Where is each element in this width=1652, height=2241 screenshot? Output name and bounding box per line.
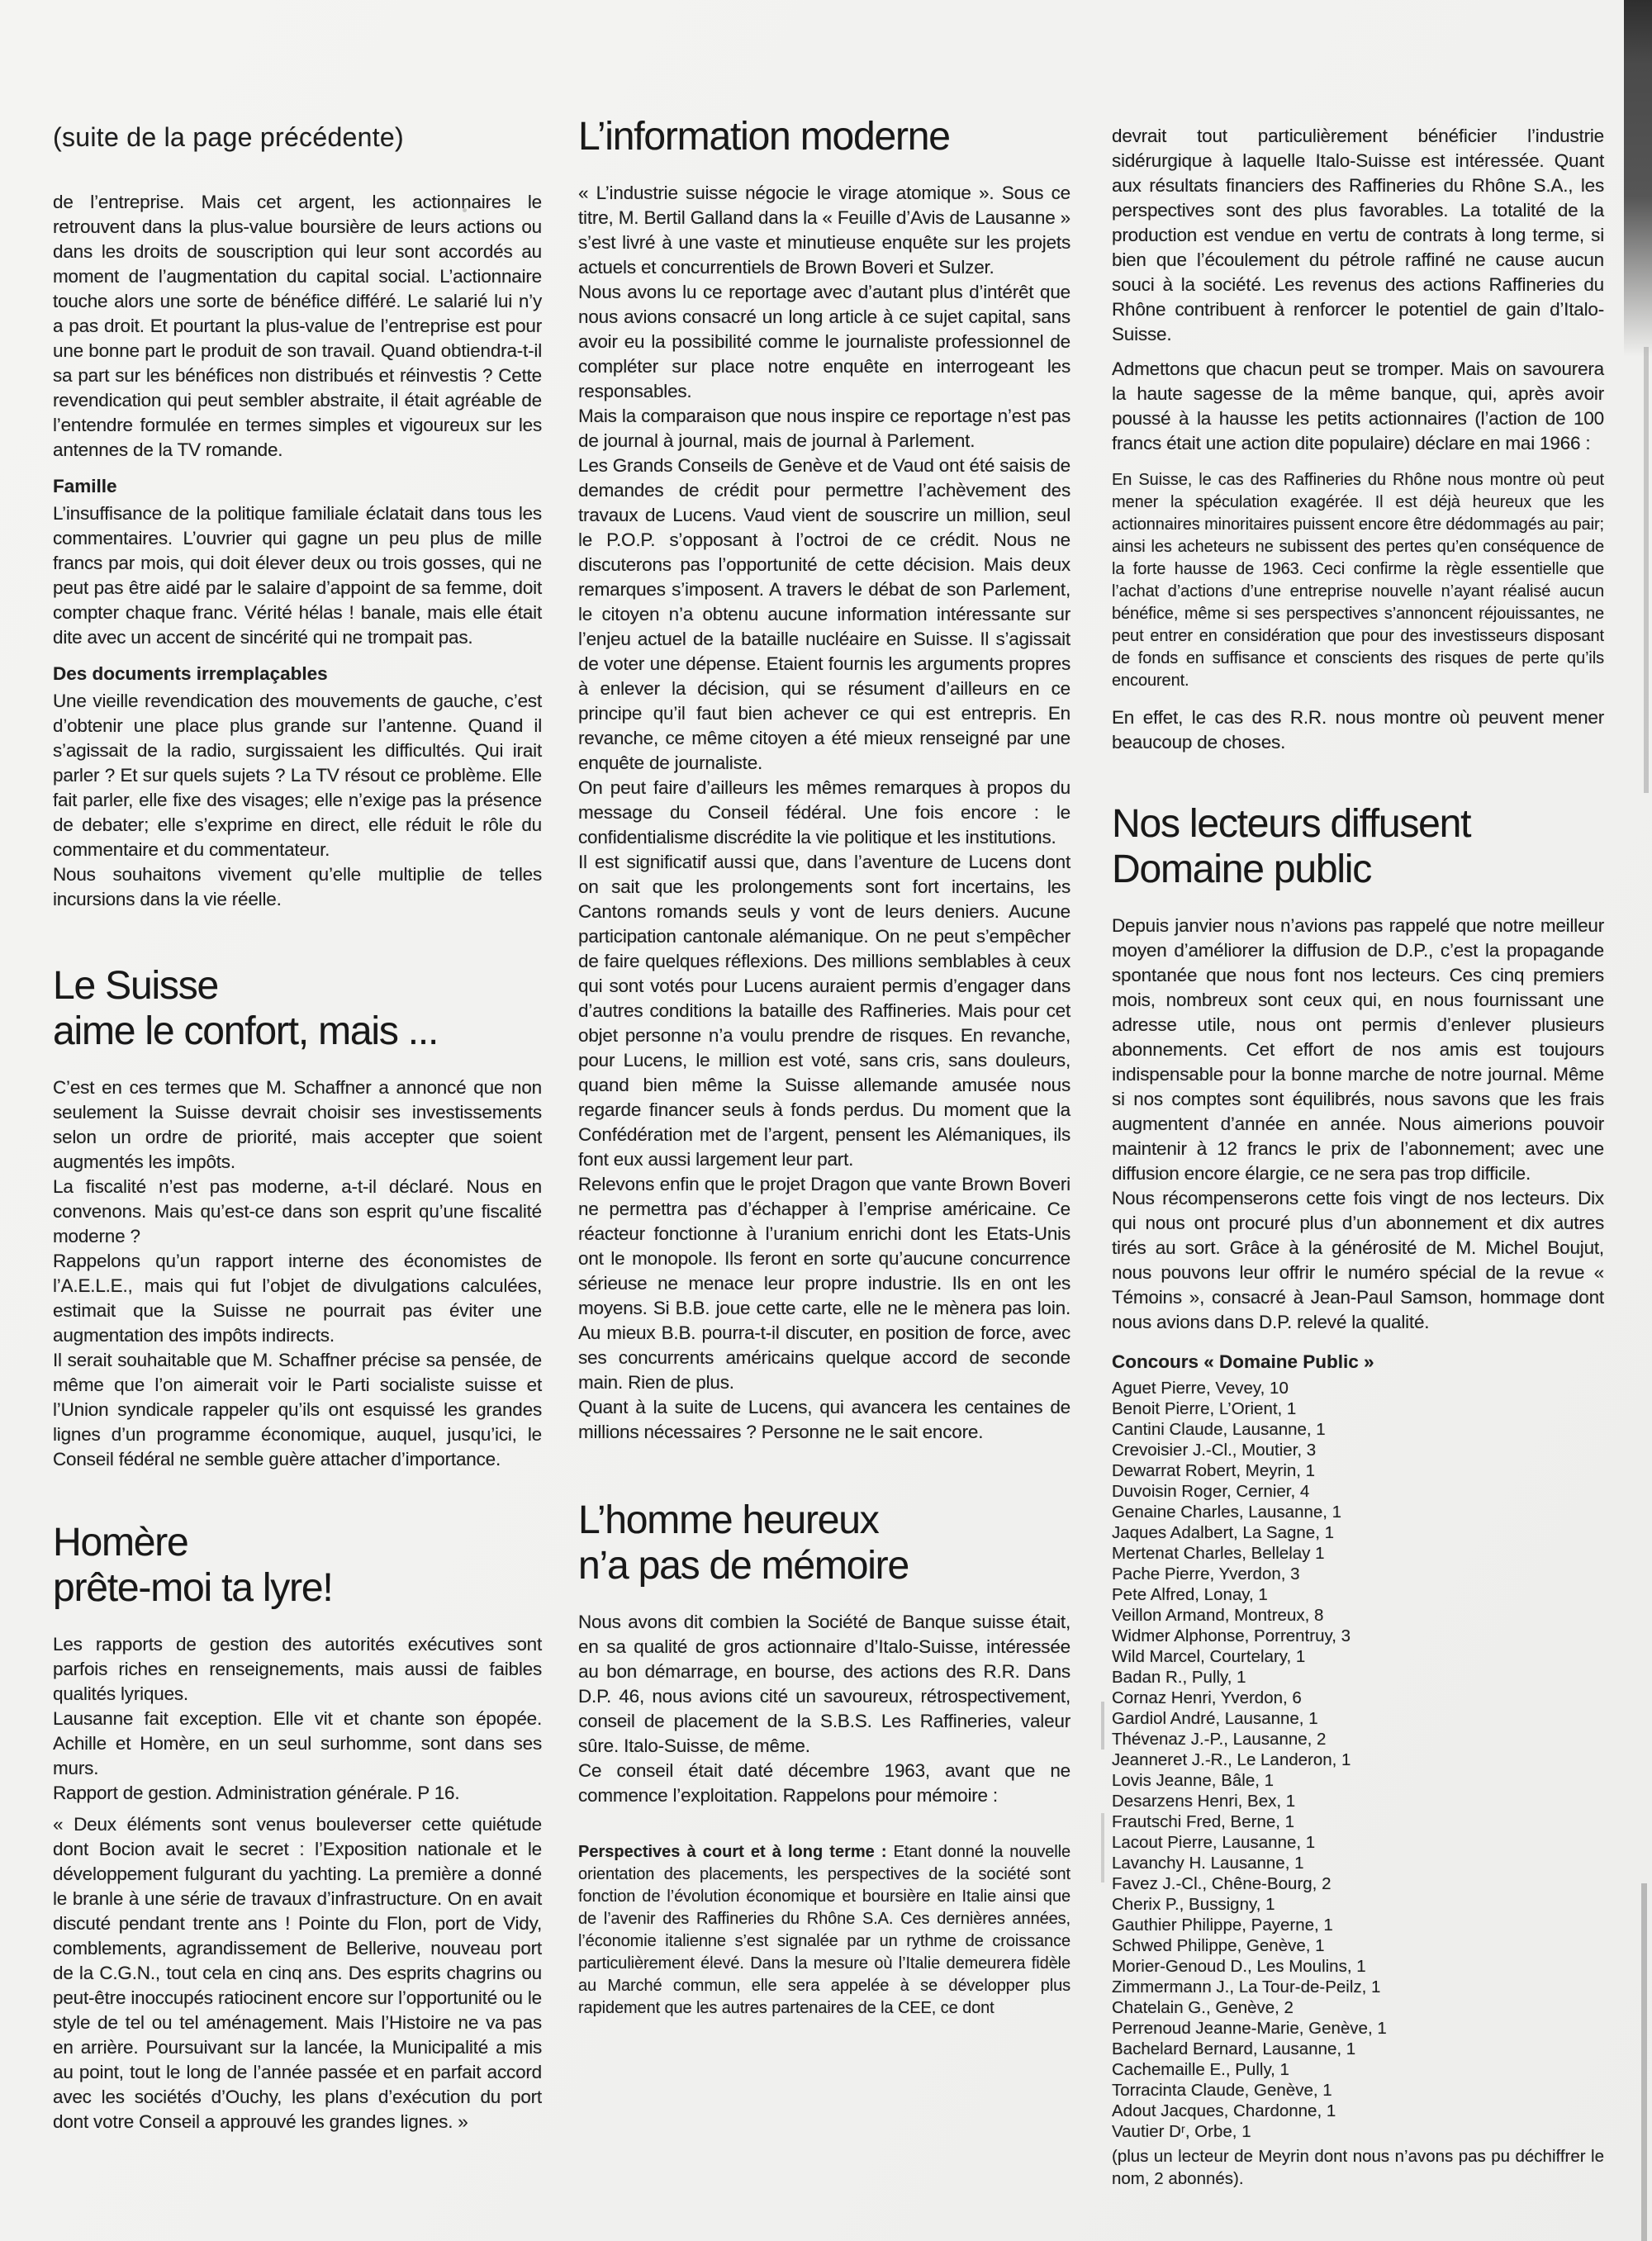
contest-entry: Aguet Pierre, Vevey, 10 [1112, 1378, 1604, 1398]
quote-paragraph: En Suisse, le cas des Raffineries du Rhô… [1112, 469, 1604, 692]
newspaper-page: (suite de la page précédente)de l’entrep… [0, 0, 1652, 2241]
contest-entry: Duvoisin Roger, Cernier, 4 [1112, 1481, 1604, 1502]
paragraph: Ce conseil était daté décembre 1963, ava… [578, 1759, 1070, 1808]
contest-entries: Aguet Pierre, Vevey, 10Benoit Pierre, L’… [1112, 1378, 1604, 2142]
contest-entry: Cherix P., Bussigny, 1 [1112, 1894, 1604, 1915]
paragraph: Quant à la suite de Lucens, qui avancera… [578, 1395, 1070, 1445]
paragraph: Depuis janvier nous n’avions pas rappelé… [1112, 914, 1604, 1186]
scan-artifact-dash [1101, 1813, 1104, 1883]
paragraph: Une vieille revendication des mouvements… [53, 689, 542, 862]
paragraph: L’insuffisance de la politique familiale… [53, 501, 542, 650]
paragraph: La fiscalité n’est pas moderne, a-t-il d… [53, 1175, 542, 1249]
paragraph: C’est en ces termes que M. Schaffner a a… [53, 1075, 542, 1175]
contest-entry: Zimmermann J., La Tour-de-Peilz, 1 [1112, 1977, 1604, 1997]
section-subhead: Famille [53, 474, 542, 499]
paragraph: devrait tout particulièrement bénéficier… [1112, 124, 1604, 347]
contest-entry: Schwed Philippe, Genève, 1 [1112, 1935, 1604, 1956]
paragraph: « L’industrie suisse négocie le virage a… [578, 181, 1070, 280]
article-title: L’homme heureuxn’a pas de mémoire [578, 1498, 1070, 1588]
contest-entry: Wild Marcel, Courtelary, 1 [1112, 1646, 1604, 1667]
paragraph: de l’entreprise. Mais cet argent, les ac… [53, 190, 542, 463]
contest-entry: Bachelard Bernard, Lausanne, 1 [1112, 2039, 1604, 2059]
title-line: aime le confort, mais ... [53, 1009, 438, 1053]
contest-entry: Pache Pierre, Yverdon, 3 [1112, 1564, 1604, 1584]
contest-entry: Chatelain G., Genève, 2 [1112, 1997, 1604, 2018]
paragraph: Rapport de gestion. Administration génér… [53, 1781, 542, 1806]
contest-entry: Crevoisier J.-Cl., Moutier, 3 [1112, 1440, 1604, 1460]
contest-entry: Morier-Genoud D., Les Moulins, 1 [1112, 1956, 1604, 1977]
contest-entry: Adout Jacques, Chardonne, 1 [1112, 2101, 1604, 2121]
continuation-note: (suite de la page précédente) [53, 121, 542, 154]
title-line: prête-moi ta lyre! [53, 1566, 333, 1610]
paragraph: Les Grands Conseils de Genève et de Vaud… [578, 453, 1070, 776]
article-title: Le Suisseaime le confort, mais ... [53, 963, 542, 1054]
contest-entry: Perrenoud Jeanne-Marie, Genève, 1 [1112, 2018, 1604, 2039]
article-title: L’information moderne [578, 114, 1070, 159]
column-right: devrait tout particulièrement bénéficier… [1112, 124, 1604, 2190]
contest-entry: Mertenat Charles, Bellelay 1 [1112, 1543, 1604, 1564]
title-line: L’information moderne [578, 115, 950, 159]
paragraph: Rappelons qu’un rapport interne des écon… [53, 1249, 542, 1348]
contest-entry: Cantini Claude, Lausanne, 1 [1112, 1419, 1604, 1440]
title-line: Domaine public [1112, 847, 1371, 891]
contest-entry: Benoit Pierre, L’Orient, 1 [1112, 1398, 1604, 1419]
paragraph: Admettons que chacun peut se tromper. Ma… [1112, 357, 1604, 456]
paragraph: Il serait souhaitable que M. Schaffner p… [53, 1348, 542, 1472]
contest-entry: Dewarrat Robert, Meyrin, 1 [1112, 1460, 1604, 1481]
title-line: L’homme heureux [578, 1498, 879, 1542]
contest-entry: Lavanchy H. Lausanne, 1 [1112, 1853, 1604, 1873]
scan-artifact-edge-line [1641, 1883, 1647, 2241]
quote-text: Etant donné la nouvelle orientation des … [578, 1843, 1070, 2017]
contest-entry: Favez J.-Cl., Chêne-Bourg, 2 [1112, 1873, 1604, 1894]
contest-entry: Gauthier Philippe, Payerne, 1 [1112, 1915, 1604, 1935]
paragraph: Il est significatif aussi que, dans l’av… [578, 850, 1070, 1172]
paragraph: Nous souhaitons vivement qu’elle multipl… [53, 862, 542, 912]
scan-artifact-edge-bar [1624, 0, 1652, 357]
contest-entry: Torracinta Claude, Genève, 1 [1112, 2080, 1604, 2101]
paragraph: Nous récompenserons cette fois vingt de … [1112, 1186, 1604, 1335]
paragraph: Relevons enfin que le projet Dragon que … [578, 1172, 1070, 1395]
contest-entry: Cornaz Henri, Yverdon, 6 [1112, 1688, 1604, 1708]
paragraph: Nous avons lu ce reportage avec d’autant… [578, 280, 1070, 404]
paragraph: Nous avons dit combien la Société de Ban… [578, 1610, 1070, 1759]
contest-entry: Jaques Adalbert, La Sagne, 1 [1112, 1522, 1604, 1543]
contest-entry: Lovis Jeanne, Bâle, 1 [1112, 1770, 1604, 1791]
contest-entry: Badan R., Pully, 1 [1112, 1667, 1604, 1688]
title-line: Le Suisse [53, 964, 218, 1008]
quote-lead: Perspectives à court et à long terme : [578, 1843, 887, 1861]
contest-entry: Jeanneret J.-R., Le Landeron, 1 [1112, 1750, 1604, 1770]
contest-entry: Cachemaille E., Pully, 1 [1112, 2059, 1604, 2080]
contest-entry: Genaine Charles, Lausanne, 1 [1112, 1502, 1604, 1522]
section-subhead: Concours « Domaine Public » [1112, 1350, 1604, 1375]
contest-entry: Desarzens Henri, Bex, 1 [1112, 1791, 1604, 1811]
article-title: Homèreprête-moi ta lyre! [53, 1520, 542, 1611]
scan-artifact-edge-line [1644, 347, 1649, 793]
column-center: L’information moderne« L’industrie suiss… [578, 114, 1070, 2020]
contest-entry: Lacout Pierre, Lausanne, 1 [1112, 1832, 1604, 1853]
paragraph: On peut faire d’ailleurs les mêmes remar… [578, 776, 1070, 850]
paragraph: Les rapports de gestion des autorités ex… [53, 1632, 542, 1707]
contest-entry: Thévenaz J.-P., Lausanne, 2 [1112, 1729, 1604, 1750]
note-paragraph: (plus un lecteur de Meyrin dont nous n’a… [1112, 2145, 1604, 2190]
contest-entry: Pete Alfred, Lonay, 1 [1112, 1584, 1604, 1605]
quote-paragraph: Perspectives à court et à long terme : E… [578, 1841, 1070, 2020]
column-left: (suite de la page précédente)de l’entrep… [53, 121, 542, 2134]
title-line: n’a pas de mémoire [578, 1544, 909, 1588]
contest-entry: Widmer Alphonse, Porrentruy, 3 [1112, 1626, 1604, 1646]
title-line: Nos lecteurs diffusent [1112, 802, 1470, 846]
scan-artifact-dash [1101, 1702, 1104, 1750]
paragraph: En effet, le cas des R.R. nous montre où… [1112, 705, 1604, 755]
paragraph: Mais la comparaison que nous inspire ce … [578, 404, 1070, 453]
contest-entry: Veillon Armand, Montreux, 8 [1112, 1605, 1604, 1626]
paragraph: « Deux éléments sont venus bouleverser c… [53, 1812, 542, 2134]
contest-entry: Gardiol André, Lausanne, 1 [1112, 1708, 1604, 1729]
paragraph: Lausanne fait exception. Elle vit et cha… [53, 1707, 542, 1781]
contest-entry: Vautier Dʳ, Orbe, 1 [1112, 2121, 1604, 2142]
article-title: Nos lecteurs diffusentDomaine public [1112, 801, 1604, 892]
contest-entry: Frautschi Fred, Berne, 1 [1112, 1811, 1604, 1832]
section-subhead: Des documents irremplaçables [53, 662, 542, 686]
title-line: Homère [53, 1521, 188, 1564]
